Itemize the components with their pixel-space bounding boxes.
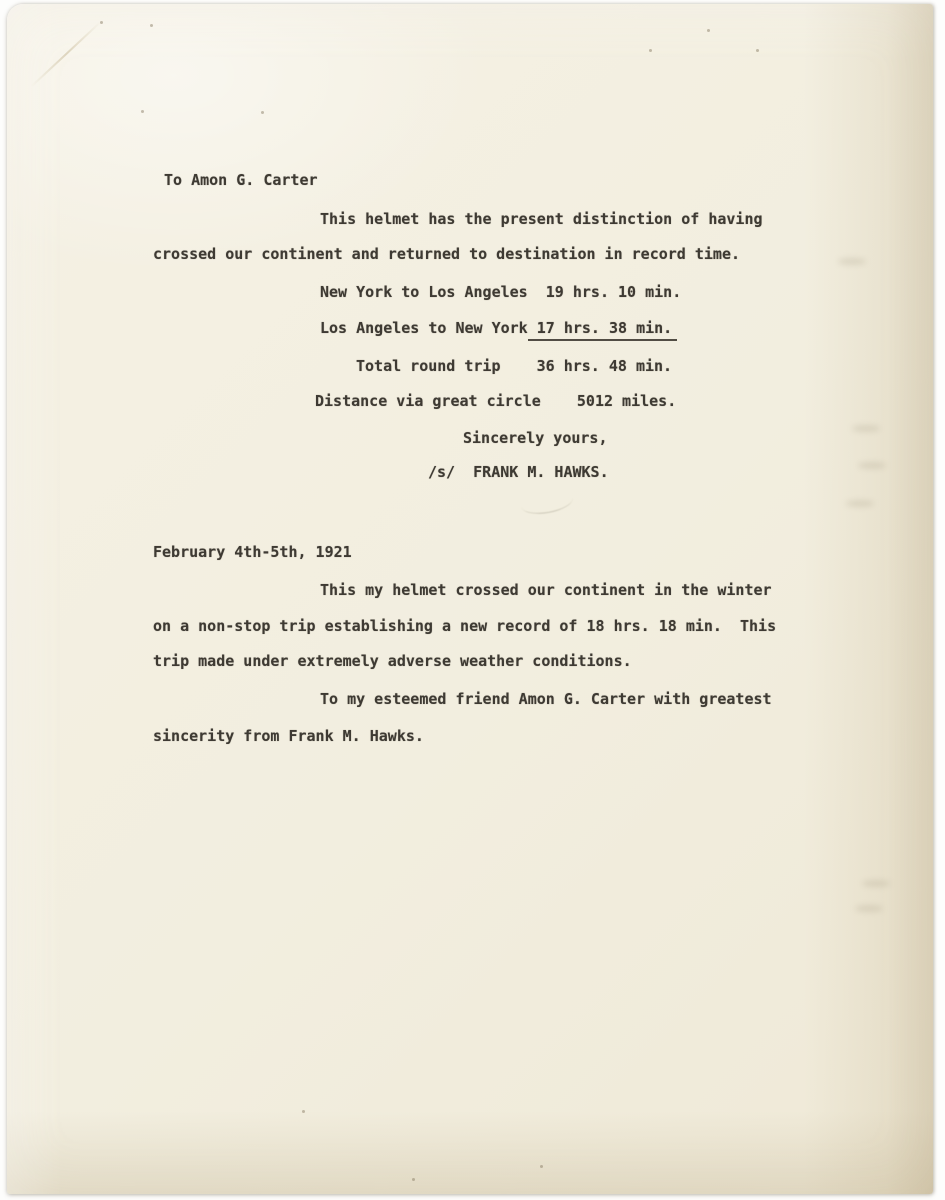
paper-speck <box>649 49 652 52</box>
bleed-through-smudge <box>838 258 866 265</box>
paper-speck <box>100 21 103 24</box>
bleed-through-smudge <box>862 880 890 887</box>
paper-speck <box>756 49 759 52</box>
record-la-to-ny-underlined-value: 17 hrs. 38 min. <box>528 319 678 341</box>
paper-speck <box>261 111 264 114</box>
signature-line: /s/ FRANK M. HAWKS. <box>428 465 609 480</box>
paper-speck <box>707 29 710 32</box>
salutation-line: To Amon G. Carter <box>164 173 318 188</box>
paragraph1-line2: crossed our continent and returned to de… <box>153 247 740 262</box>
paragraph2-line1: This my helmet crossed our continent in … <box>320 583 772 598</box>
paper-speck <box>412 1178 415 1181</box>
paper-speck <box>540 1165 543 1168</box>
date-heading-line: February 4th-5th, 1921 <box>153 545 352 560</box>
record-distance-line: Distance via great circle 5012 miles. <box>315 394 676 409</box>
paragraph3-line1: To my esteemed friend Amon G. Carter wit… <box>320 692 772 707</box>
bleed-through-smudge <box>846 500 874 507</box>
bleed-through-smudge <box>858 462 886 469</box>
paper-speck <box>150 24 153 27</box>
pencil-mark <box>520 488 575 518</box>
closing-line: Sincerely yours, <box>463 431 608 446</box>
paragraph2-line2: on a non-stop trip establishing a new re… <box>153 619 776 634</box>
bleed-through-smudge <box>852 425 880 432</box>
letter-page: To Amon G. Carter This helmet has the pr… <box>7 4 933 1194</box>
paper-speck <box>141 110 144 113</box>
paper-speck <box>302 1110 305 1113</box>
paragraph3-line2: sincerity from Frank M. Hawks. <box>153 729 424 744</box>
bleed-through-smudge <box>855 905 883 912</box>
paragraph2-line3: trip made under extremely adverse weathe… <box>153 654 632 669</box>
paragraph1-line1: This helmet has the present distinction … <box>320 212 763 227</box>
scan-background: To Amon G. Carter This helmet has the pr… <box>0 0 945 1200</box>
paper-crease <box>30 21 102 88</box>
record-la-to-ny-label: Los Angeles to New York <box>320 319 528 337</box>
record-total-line: Total round trip 36 hrs. 48 min. <box>356 359 672 374</box>
record-ny-to-la-line: New York to Los Angeles 19 hrs. 10 min. <box>320 285 681 300</box>
record-la-to-ny-line: Los Angeles to New York 17 hrs. 38 min. <box>320 321 677 336</box>
